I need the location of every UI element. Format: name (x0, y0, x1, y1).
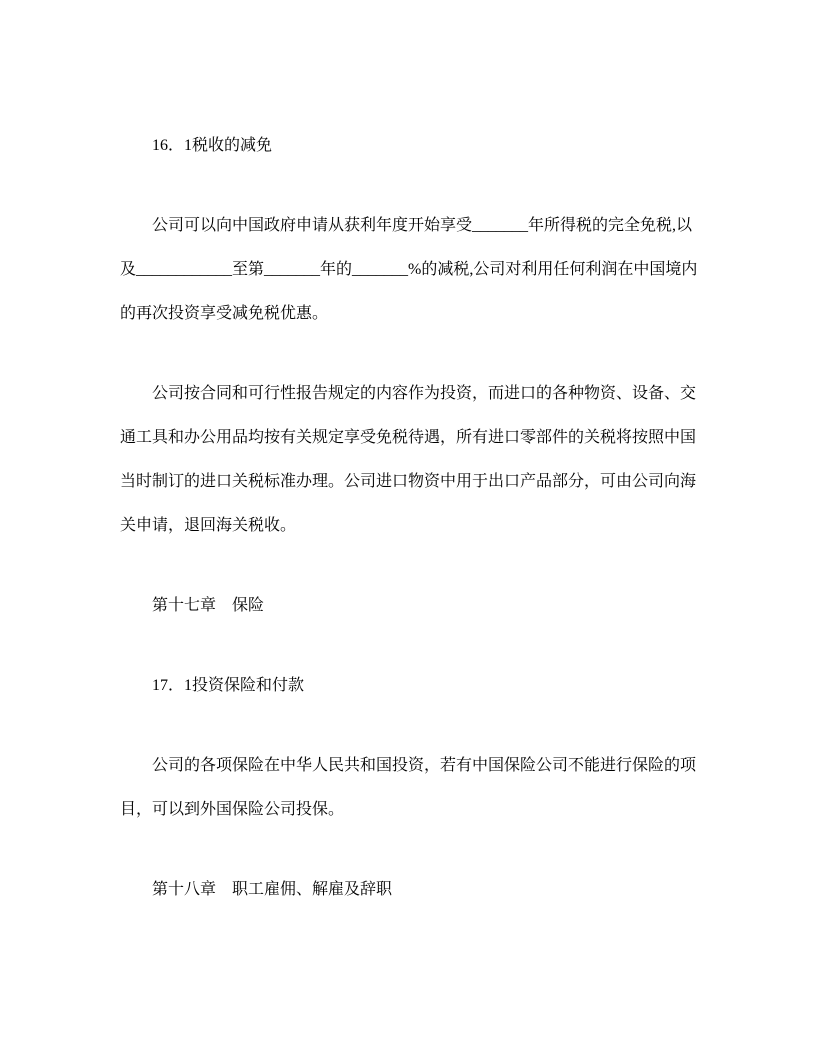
text-line: 关申请，退回海关税收。 (120, 504, 696, 548)
text-line: 17．1投资保险和付款 (120, 664, 696, 708)
text-line: 目，可以到外国保险公司投保。 (120, 788, 696, 832)
text-line: 及____________至第_______年的_______%的减税,公司对利… (120, 248, 696, 292)
text-line: 当时制订的进口关税标准办理。公司进口物资中用于出口产品部分，可由公司向海 (120, 460, 696, 504)
heading-chapter-18-employment: 第十八章 职工雇佣、解雇及辞职 (120, 868, 696, 912)
heading-17-1-investment-insurance: 17．1投资保险和付款 (120, 664, 696, 708)
text-line: 公司可以向中国政府申请从获利年度开始享受_______年所得税的完全免税,以 (120, 204, 696, 248)
text-line: 通工具和办公用品均按有关规定享受免税待遇，所有进口零部件的关税将按照中国 (120, 416, 696, 460)
text-line: 公司的各项保险在中华人民共和国投资，若有中国保险公司不能进行保险的项 (120, 744, 696, 788)
text-line: 的再次投资享受减免税优惠。 (120, 292, 696, 336)
text-line: 第十八章 职工雇佣、解雇及辞职 (120, 868, 696, 912)
heading-16-1-tax-reduction: 16．1税收的减免 (120, 124, 696, 168)
text-line: 16．1税收的减免 (120, 124, 696, 168)
text-line: 第十七章 保险 (120, 584, 696, 628)
text-line: 公司按合同和可行性报告规定的内容作为投资，而进口的各种物资、设备、交 (120, 372, 696, 416)
paragraph-tax-exemption: 公司可以向中国政府申请从获利年度开始享受_______年所得税的完全免税,以及_… (120, 204, 696, 336)
paragraph-insurance-companies: 公司的各项保险在中华人民共和国投资，若有中国保险公司不能进行保险的项目，可以到外… (120, 744, 696, 832)
document-page: 16．1税收的减免 公司可以向中国政府申请从获利年度开始享受_______年所得… (0, 0, 816, 1056)
paragraph-import-duty: 公司按合同和可行性报告规定的内容作为投资，而进口的各种物资、设备、交通工具和办公… (120, 372, 696, 548)
heading-chapter-17-insurance: 第十七章 保险 (120, 584, 696, 628)
